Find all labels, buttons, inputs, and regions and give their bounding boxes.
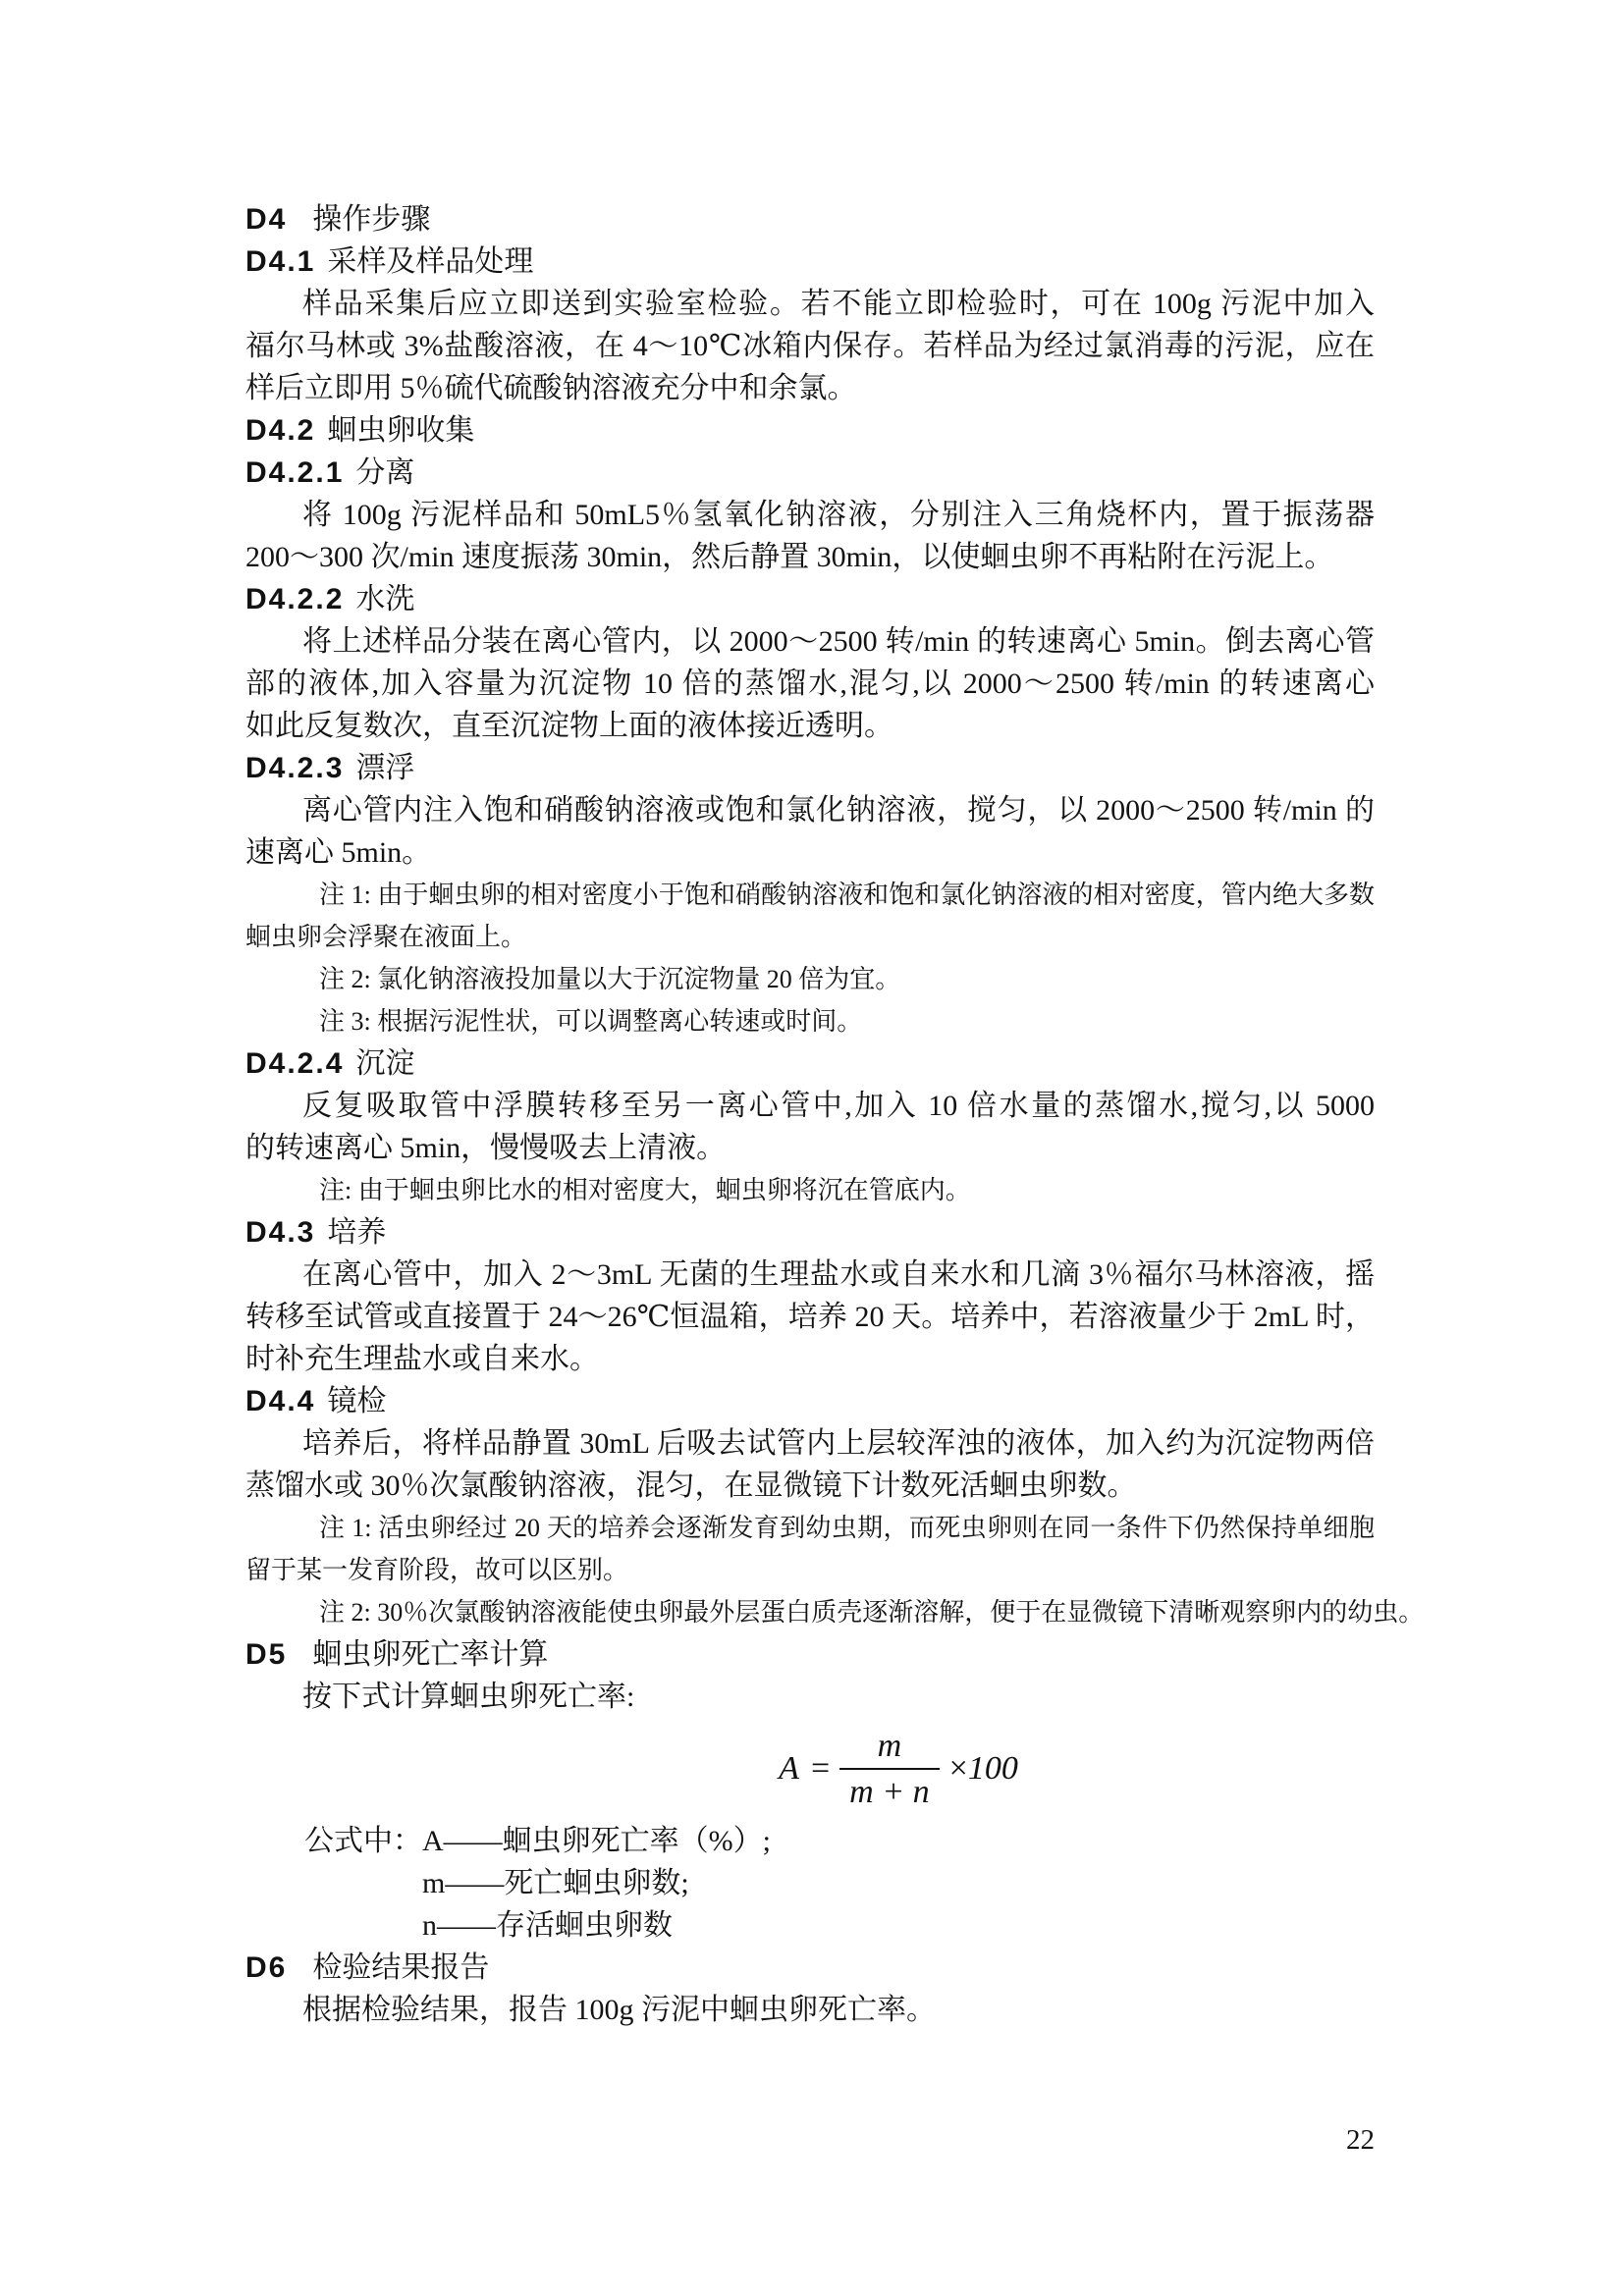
fraction-numerator: m: [870, 1727, 910, 1768]
fraction: mm + n: [839, 1727, 940, 1811]
multiplier-value: 100: [968, 1750, 1018, 1787]
mortality-formula: A=mm + n×100: [334, 1718, 1463, 1820]
section-title: 操作步骤: [312, 203, 430, 236]
body-line: 反复吸取管中浮膜转移至另一离心管中,加入 10 倍水量的蒸馏水,搅匀,以 500…: [245, 1085, 1375, 1127]
section-label: D4.4: [245, 1385, 315, 1417]
multiplier: ×100: [949, 1750, 1018, 1788]
section-title: 检验结果报告: [312, 1951, 489, 1984]
body-line: 部的液体,加入容量为沉淀物 10 倍的蒸馏水,混匀,以 2000～2500 转/…: [245, 663, 1375, 705]
note-line: 注 2: 30％次氯酸钠溶液能使虫卵最外层蛋白质壳逐渐溶解，便于在显微镜下清晰观…: [245, 1591, 1375, 1633]
note-line: 留于某一发育阶段，故可以区别。: [245, 1549, 1375, 1591]
section-heading: D6检验结果报告: [245, 1947, 1375, 1989]
section-label: D5: [245, 1638, 287, 1671]
section-heading: D4.2蛔虫卵收集: [245, 409, 1375, 452]
body-line: 将 100g 污泥样品和 50mL5％氢氧化钠溶液，分别注入三角烧杯内，置于振荡…: [245, 494, 1375, 536]
note-line: 注 1: 活虫卵经过 20 天的培养会逐渐发育到幼虫期，而死虫卵则在同一条件下仍…: [245, 1507, 1375, 1549]
body-line: 如此反复数次，直至沉淀物上面的液体接近透明。: [245, 705, 1375, 747]
body-line: 福尔马林或 3%盐酸溶液，在 4～10℃冰箱内保存。若样品为经过氯消毒的污泥，应…: [245, 325, 1375, 367]
section-heading: D4.1采样及样品处理: [245, 240, 1375, 283]
body-line: 培养后，将样品静置 30mL 后吸去试管内上层较浑浊的液体，加入约为沉淀物两倍量…: [245, 1422, 1375, 1465]
def-line: 公式中：A——蛔虫卵死亡率（%）;: [245, 1820, 1375, 1862]
section-title: 培养: [327, 1216, 386, 1249]
section-title: 采样及样品处理: [327, 245, 533, 278]
body-line: 转移至试管或直接置于 24～26℃恒温箱，培养 20 天。培养中，若溶液量少于 …: [245, 1296, 1375, 1338]
body-line: 按下式计算蛔虫卵死亡率:: [245, 1676, 1375, 1718]
body-line: 根据检验结果，报告 100g 污泥中蛔虫卵死亡率。: [245, 1989, 1375, 2031]
section-title: 镜检: [327, 1385, 386, 1417]
section-title: 沉淀: [355, 1047, 414, 1080]
body-line: 将上述样品分装在离心管内，以 2000～2500 转/min 的转速离心 5mi…: [245, 620, 1375, 663]
section-heading: D4.4镜检: [245, 1380, 1375, 1422]
equals-sign: =: [811, 1750, 830, 1788]
section-label: D4.2.1: [245, 456, 344, 489]
section-label: D4: [245, 203, 287, 236]
section-title: 分离: [355, 456, 414, 489]
body-line: 样品采集后应立即送到实验室检验。若不能立即检验时，可在 100g 污泥中加入 5…: [245, 283, 1375, 325]
multiply-sign: ×: [949, 1750, 968, 1787]
section-label: D6: [245, 1951, 287, 1984]
document-page: D4操作步骤D4.1采样及样品处理样品采集后应立即送到实验室检验。若不能立即检验…: [0, 0, 1623, 2296]
section-heading: D4操作步骤: [245, 198, 1375, 240]
def-line: n——存活蛔虫卵数: [245, 1904, 1375, 1947]
formula-lhs: A: [779, 1750, 799, 1788]
section-heading: D4.2.4沉淀: [245, 1042, 1375, 1085]
section-heading: D4.2.2水洗: [245, 578, 1375, 620]
note-line: 注 1: 由于蛔虫卵的相对密度小于饱和硝酸钠溶液和饱和氯化钠溶液的相对密度，管内…: [245, 874, 1375, 916]
section-label: D4.2.3: [245, 752, 344, 784]
section-label: D4.2: [245, 414, 315, 447]
section-label: D4.2.2: [245, 583, 344, 615]
body-line: 的转速离心 5min，慢慢吸去上清液。: [245, 1127, 1375, 1169]
section-heading: D4.2.3漂浮: [245, 747, 1375, 789]
body-line: 时补充生理盐水或自来水。: [245, 1338, 1375, 1380]
body-line: 样后立即用 5％硫代硫酸钠溶液充分中和余氯。: [245, 367, 1375, 409]
note-line: 注 3: 根据污泥性状，可以调整离心转速或时间。: [245, 1000, 1375, 1042]
note-line: 蛔虫卵会浮聚在液面上。: [245, 916, 1375, 958]
fraction-denominator: m + n: [839, 1768, 940, 1811]
body-line: 200～300 次/min 速度振荡 30min，然后静置 30min，以使蛔虫…: [245, 536, 1375, 578]
body-line: 速离心 5min。: [245, 831, 1375, 874]
section-label: D4.3: [245, 1216, 315, 1249]
section-title: 蛔虫卵收集: [327, 414, 474, 447]
note-line: 注 2: 氯化钠溶液投加量以大于沉淀物量 20 倍为宜。: [245, 958, 1375, 1000]
section-title: 漂浮: [355, 752, 414, 784]
document-content: D4操作步骤D4.1采样及样品处理样品采集后应立即送到实验室检验。若不能立即检验…: [245, 198, 1375, 2031]
section-label: D4.1: [245, 245, 315, 278]
section-heading: D5蛔虫卵死亡率计算: [245, 1633, 1375, 1676]
body-line: 蒸馏水或 30％次氯酸钠溶液，混匀，在显微镜下计数死活蛔虫卵数。: [245, 1465, 1375, 1507]
section-heading: D4.2.1分离: [245, 452, 1375, 494]
page-number: 22: [245, 2123, 1375, 2157]
body-line: 离心管内注入饱和硝酸钠溶液或饱和氯化钠溶液，搅匀，以 2000～2500 转/m…: [245, 789, 1375, 831]
def-line: m——死亡蛔虫卵数;: [245, 1862, 1375, 1904]
body-line: 在离心管中，加入 2～3mL 无菌的生理盐水或自来水和几滴 3％福尔马林溶液，摇…: [245, 1254, 1375, 1296]
section-title: 蛔虫卵死亡率计算: [312, 1638, 548, 1671]
note-line: 注: 由于蛔虫卵比水的相对密度大，蛔虫卵将沉在管底内。: [245, 1169, 1375, 1211]
section-title: 水洗: [355, 583, 414, 615]
section-label: D4.2.4: [245, 1047, 344, 1080]
section-heading: D4.3培养: [245, 1211, 1375, 1254]
